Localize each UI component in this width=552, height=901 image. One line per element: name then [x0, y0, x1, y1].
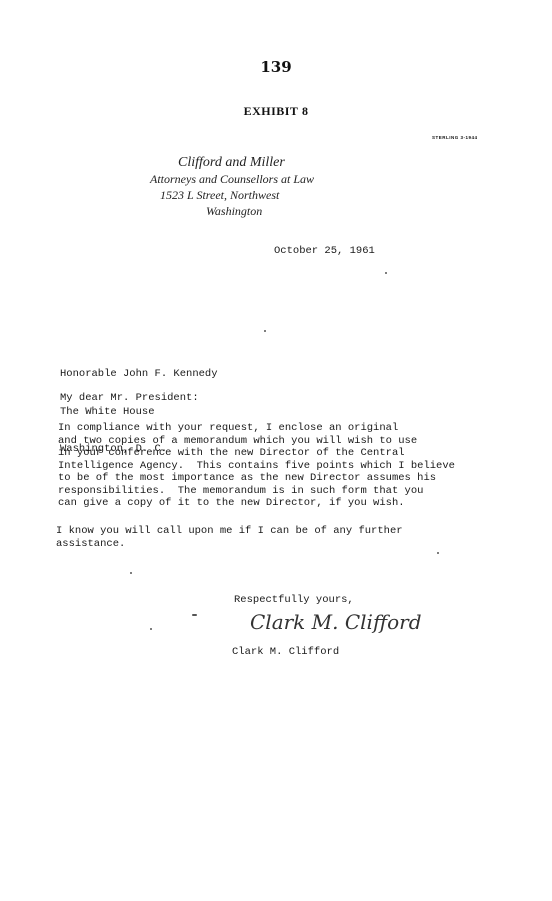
exhibit-number: 8: [302, 104, 309, 118]
exhibit-word: XHIBIT: [252, 104, 298, 118]
scan-speck: [437, 552, 439, 554]
scan-speck: [150, 628, 152, 630]
letter-date: October 25, 1961: [274, 245, 375, 258]
exhibit-initial: E: [244, 104, 253, 118]
recipient-name: Honorable John F. Kennedy: [60, 368, 218, 381]
salutation: My dear Mr. President:: [60, 392, 199, 405]
recipient-line: The White House: [60, 406, 218, 419]
scan-speck: [264, 330, 266, 332]
signer-name: Clark M. Clifford: [232, 646, 339, 659]
exhibit-heading: EXHIBIT 8: [0, 104, 552, 119]
scan-speck: [385, 272, 387, 274]
handwritten-signature: Clark M. Clifford: [250, 610, 422, 634]
body-paragraph-2: I know you will call upon me if I can be…: [56, 525, 403, 550]
scan-speck: [192, 614, 197, 616]
letterhead-phone: STERLING 3-1944: [432, 135, 478, 140]
scan-speck: [130, 572, 132, 574]
closing: Respectfully yours,: [234, 594, 354, 607]
page-number: 139: [0, 58, 552, 76]
letterhead-address: 1523 L Street, Northwest: [160, 188, 279, 203]
body-paragraph-1: In compliance with your request, I enclo…: [58, 422, 455, 510]
letterhead-city: Washington: [206, 204, 262, 219]
letterhead-tagline: Attorneys and Counsellors at Law: [150, 172, 314, 187]
letterhead-firm: Clifford and Miller: [178, 155, 285, 171]
